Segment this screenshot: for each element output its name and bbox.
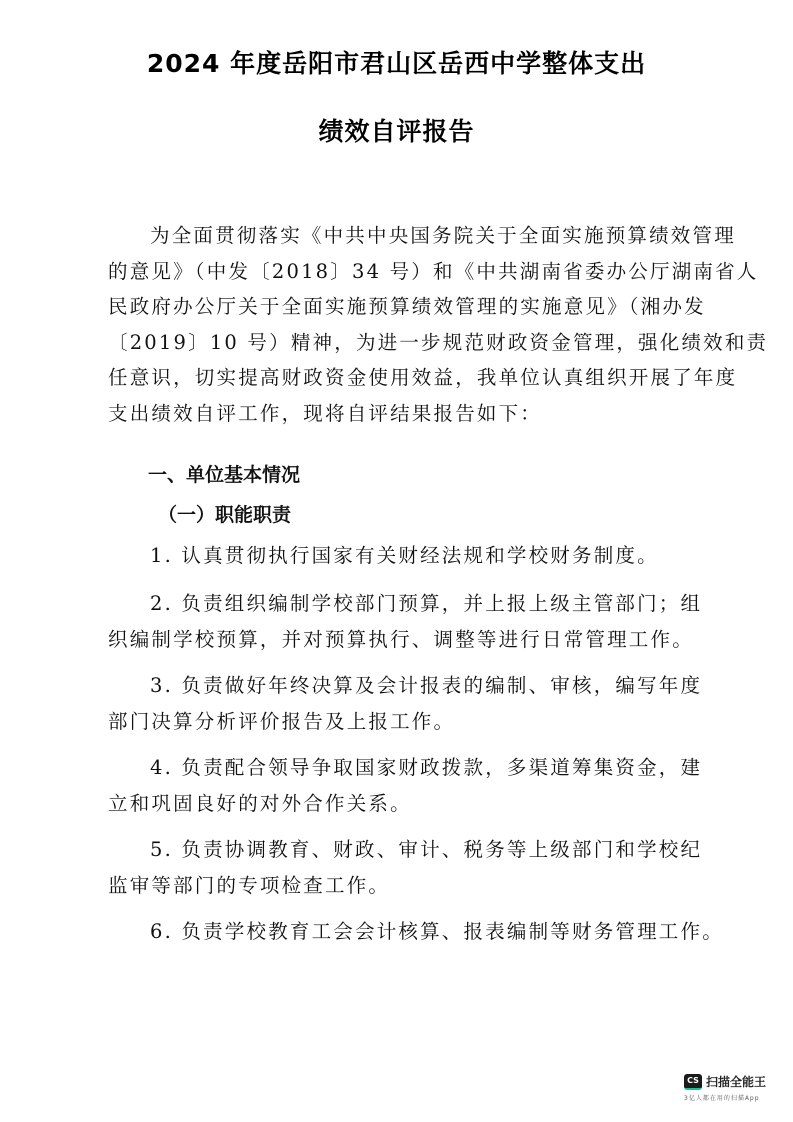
duty-item-6: 6. 负责学校教育工会会计核算、报表编制等财务管理工作。 [108,914,698,950]
watermark-app-name: 扫描全能王 [706,1073,766,1090]
duty-item-4: 4. 负责配合领导争取国家财政拨款，多渠道筹集资金，建 立和巩固良好的对外合作关… [108,750,698,821]
intro-line: 为全面贯彻落实《中共中央国务院关于全面实施预算绩效管理 [108,218,698,254]
intro-line: 任意识，切实提高财政资金使用效益，我单位认真组织开展了年度 [108,360,698,396]
scanner-watermark: CS 扫描全能王 3亿人都在用的扫描App [684,1073,789,1102]
watermark-tagline: 3亿人都在用的扫描App [684,1093,789,1102]
duty-item-1: 1. 认真贯彻执行国家有关财经法规和学校财务制度。 [108,538,698,574]
duty-item-5: 5. 负责协调教育、财政、审计、税务等上级部门和学校纪 监审等部门的专项检查工作… [108,832,698,903]
subsection-heading: （一）职能职责 [158,500,291,527]
duty-line: 1. 认真贯彻执行国家有关财经法规和学校财务制度。 [108,538,698,574]
duty-item-3: 3. 负责做好年终决算及会计报表的编制、审核，编写年度 部门决算分析评价报告及上… [108,668,698,739]
duty-item-2: 2. 负责组织编制学校部门预算，并上报上级主管部门；组 织编制学校预算，并对预算… [108,586,698,657]
section-heading: 一、单位基本情况 [148,460,300,487]
intro-line: 〔2019〕10 号）精神，为进一步规范财政资金管理，强化绩效和责 [108,325,698,361]
duty-line: 2. 负责组织编制学校部门预算，并上报上级主管部门；组 [108,586,698,622]
intro-line: 支出绩效自评工作，现将自评结果报告如下： [108,396,698,432]
camscanner-logo-icon: CS [684,1074,702,1090]
duty-line: 部门决算分析评价报告及上报工作。 [108,704,698,740]
duty-line: 监审等部门的专项检查工作。 [108,868,698,904]
duty-line: 5. 负责协调教育、财政、审计、税务等上级部门和学校纪 [108,832,698,868]
document-title-line-1: 2024 年度岳阳市君山区岳西中学整体支出 [0,44,793,80]
duty-line: 织编制学校预算，并对预算执行、调整等进行日常管理工作。 [108,622,698,658]
intro-line: 民政府办公厅关于全面实施预算绩效管理的实施意见》（湘办发 [108,289,698,325]
intro-paragraph: 为全面贯彻落实《中共中央国务院关于全面实施预算绩效管理 的意见》（中发〔2018… [108,218,698,431]
duty-line: 4. 负责配合领导争取国家财政拨款，多渠道筹集资金，建 [108,750,698,786]
intro-line: 的意见》（中发〔2018〕34 号）和《中共湖南省委办公厅湖南省人 [108,254,698,290]
duty-line: 立和巩固良好的对外合作关系。 [108,786,698,822]
duty-line: 6. 负责学校教育工会会计核算、报表编制等财务管理工作。 [108,914,698,950]
document-title-line-2: 绩效自评报告 [0,112,793,148]
duty-line: 3. 负责做好年终决算及会计报表的编制、审核，编写年度 [108,668,698,704]
